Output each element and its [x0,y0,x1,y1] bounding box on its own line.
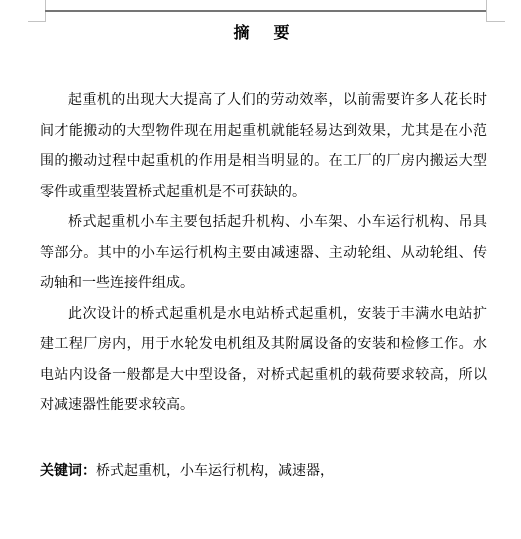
header-rule [45,10,486,12]
abstract-paragraph-1: 起重机的出现大大提高了人们的劳动效率，以前需要许多人花长时间才能搬动的大型物件现… [40,84,487,206]
keywords-value: 桥式起重机，小车运行机构，减速器， [96,462,334,478]
keywords-label: 关键词： [40,462,96,478]
abstract-paragraph-3: 此次设计的桥式起重机是水电站桥式起重机，安装于丰满水电站扩建工程厂房内，用于水轮… [40,298,487,420]
document-page: 摘 要 起重机的出现大大提高了人们的劳动效率，以前需要许多人花长时间才能搬动的大… [0,0,521,539]
keywords-line: 关键词：桥式起重机，小车运行机构，减速器， [40,455,487,486]
left-margin-mark [28,0,46,22]
right-margin-mark [486,0,505,22]
abstract-body: 起重机的出现大大提高了人们的劳动效率，以前需要许多人花长时间才能搬动的大型物件现… [40,84,487,485]
abstract-paragraph-2: 桥式起重机小车主要包括起升机构、小车架、小车运行机构、吊具等部分。其中的小车运行… [40,206,487,298]
page-title: 摘 要 [40,22,487,46]
